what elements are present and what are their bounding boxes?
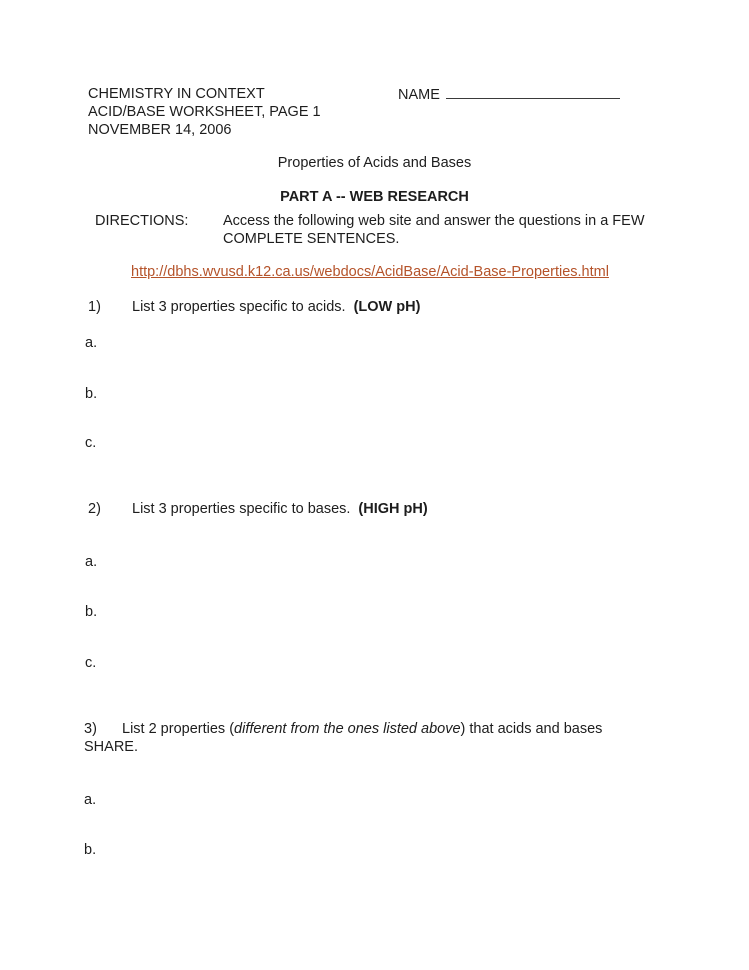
answer-label-1c: c. [85,434,96,452]
question-1-number: 1) [88,298,132,316]
question-3-number: 3) [84,720,122,738]
question-3-line2: SHARE. [84,738,662,756]
question-2-emphasis: (HIGH pH) [358,501,427,517]
header-block: CHEMISTRY IN CONTEXT ACID/BASE WORKSHEET… [88,85,321,139]
document-title: Properties of Acids and Bases [0,154,749,172]
answer-label-3b: b. [84,841,96,859]
question-2-number: 2) [88,500,132,518]
worksheet-title: ACID/BASE WORKSHEET, PAGE 1 [88,103,321,121]
directions-line2: COMPLETE SENTENCES. [223,230,645,248]
directions-text: Access the following web site and answer… [223,212,645,248]
directions-line1: Access the following web site and answer… [223,212,645,230]
question-3-italic-text: different from the ones listed above [234,721,461,737]
question-2: 2)List 3 properties specific to bases.(H… [88,500,428,518]
question-2-text: List 3 properties specific to bases. [132,501,350,517]
question-3-text-suffix: ) that acids and bases [461,721,603,737]
answer-label-2a: a. [85,553,97,571]
name-field-row: NAME [398,85,620,104]
name-label: NAME [398,87,440,103]
question-1-emphasis: (LOW pH) [354,299,421,315]
question-3-text-prefix: List 2 properties ( [122,721,234,737]
name-blank-line [446,85,620,99]
question-1-text: List 3 properties specific to acids. [132,299,346,315]
answer-label-2c: c. [85,654,96,672]
part-a-heading: PART A -- WEB RESEARCH [0,188,749,206]
worksheet-date: NOVEMBER 14, 2006 [88,121,321,139]
question-3: 3)List 2 properties (different from the … [84,720,662,756]
resource-link[interactable]: http://dbhs.wvusd.k12.ca.us/webdocs/Acid… [131,263,609,281]
answer-label-3a: a. [84,791,96,809]
worksheet-page: CHEMISTRY IN CONTEXT ACID/BASE WORKSHEET… [0,0,749,970]
course-title: CHEMISTRY IN CONTEXT [88,85,321,103]
answer-label-1b: b. [85,385,97,403]
answer-label-1a: a. [85,334,97,352]
directions-label: DIRECTIONS: [95,212,188,230]
answer-label-2b: b. [85,603,97,621]
question-1: 1)List 3 properties specific to acids.(L… [88,298,420,316]
